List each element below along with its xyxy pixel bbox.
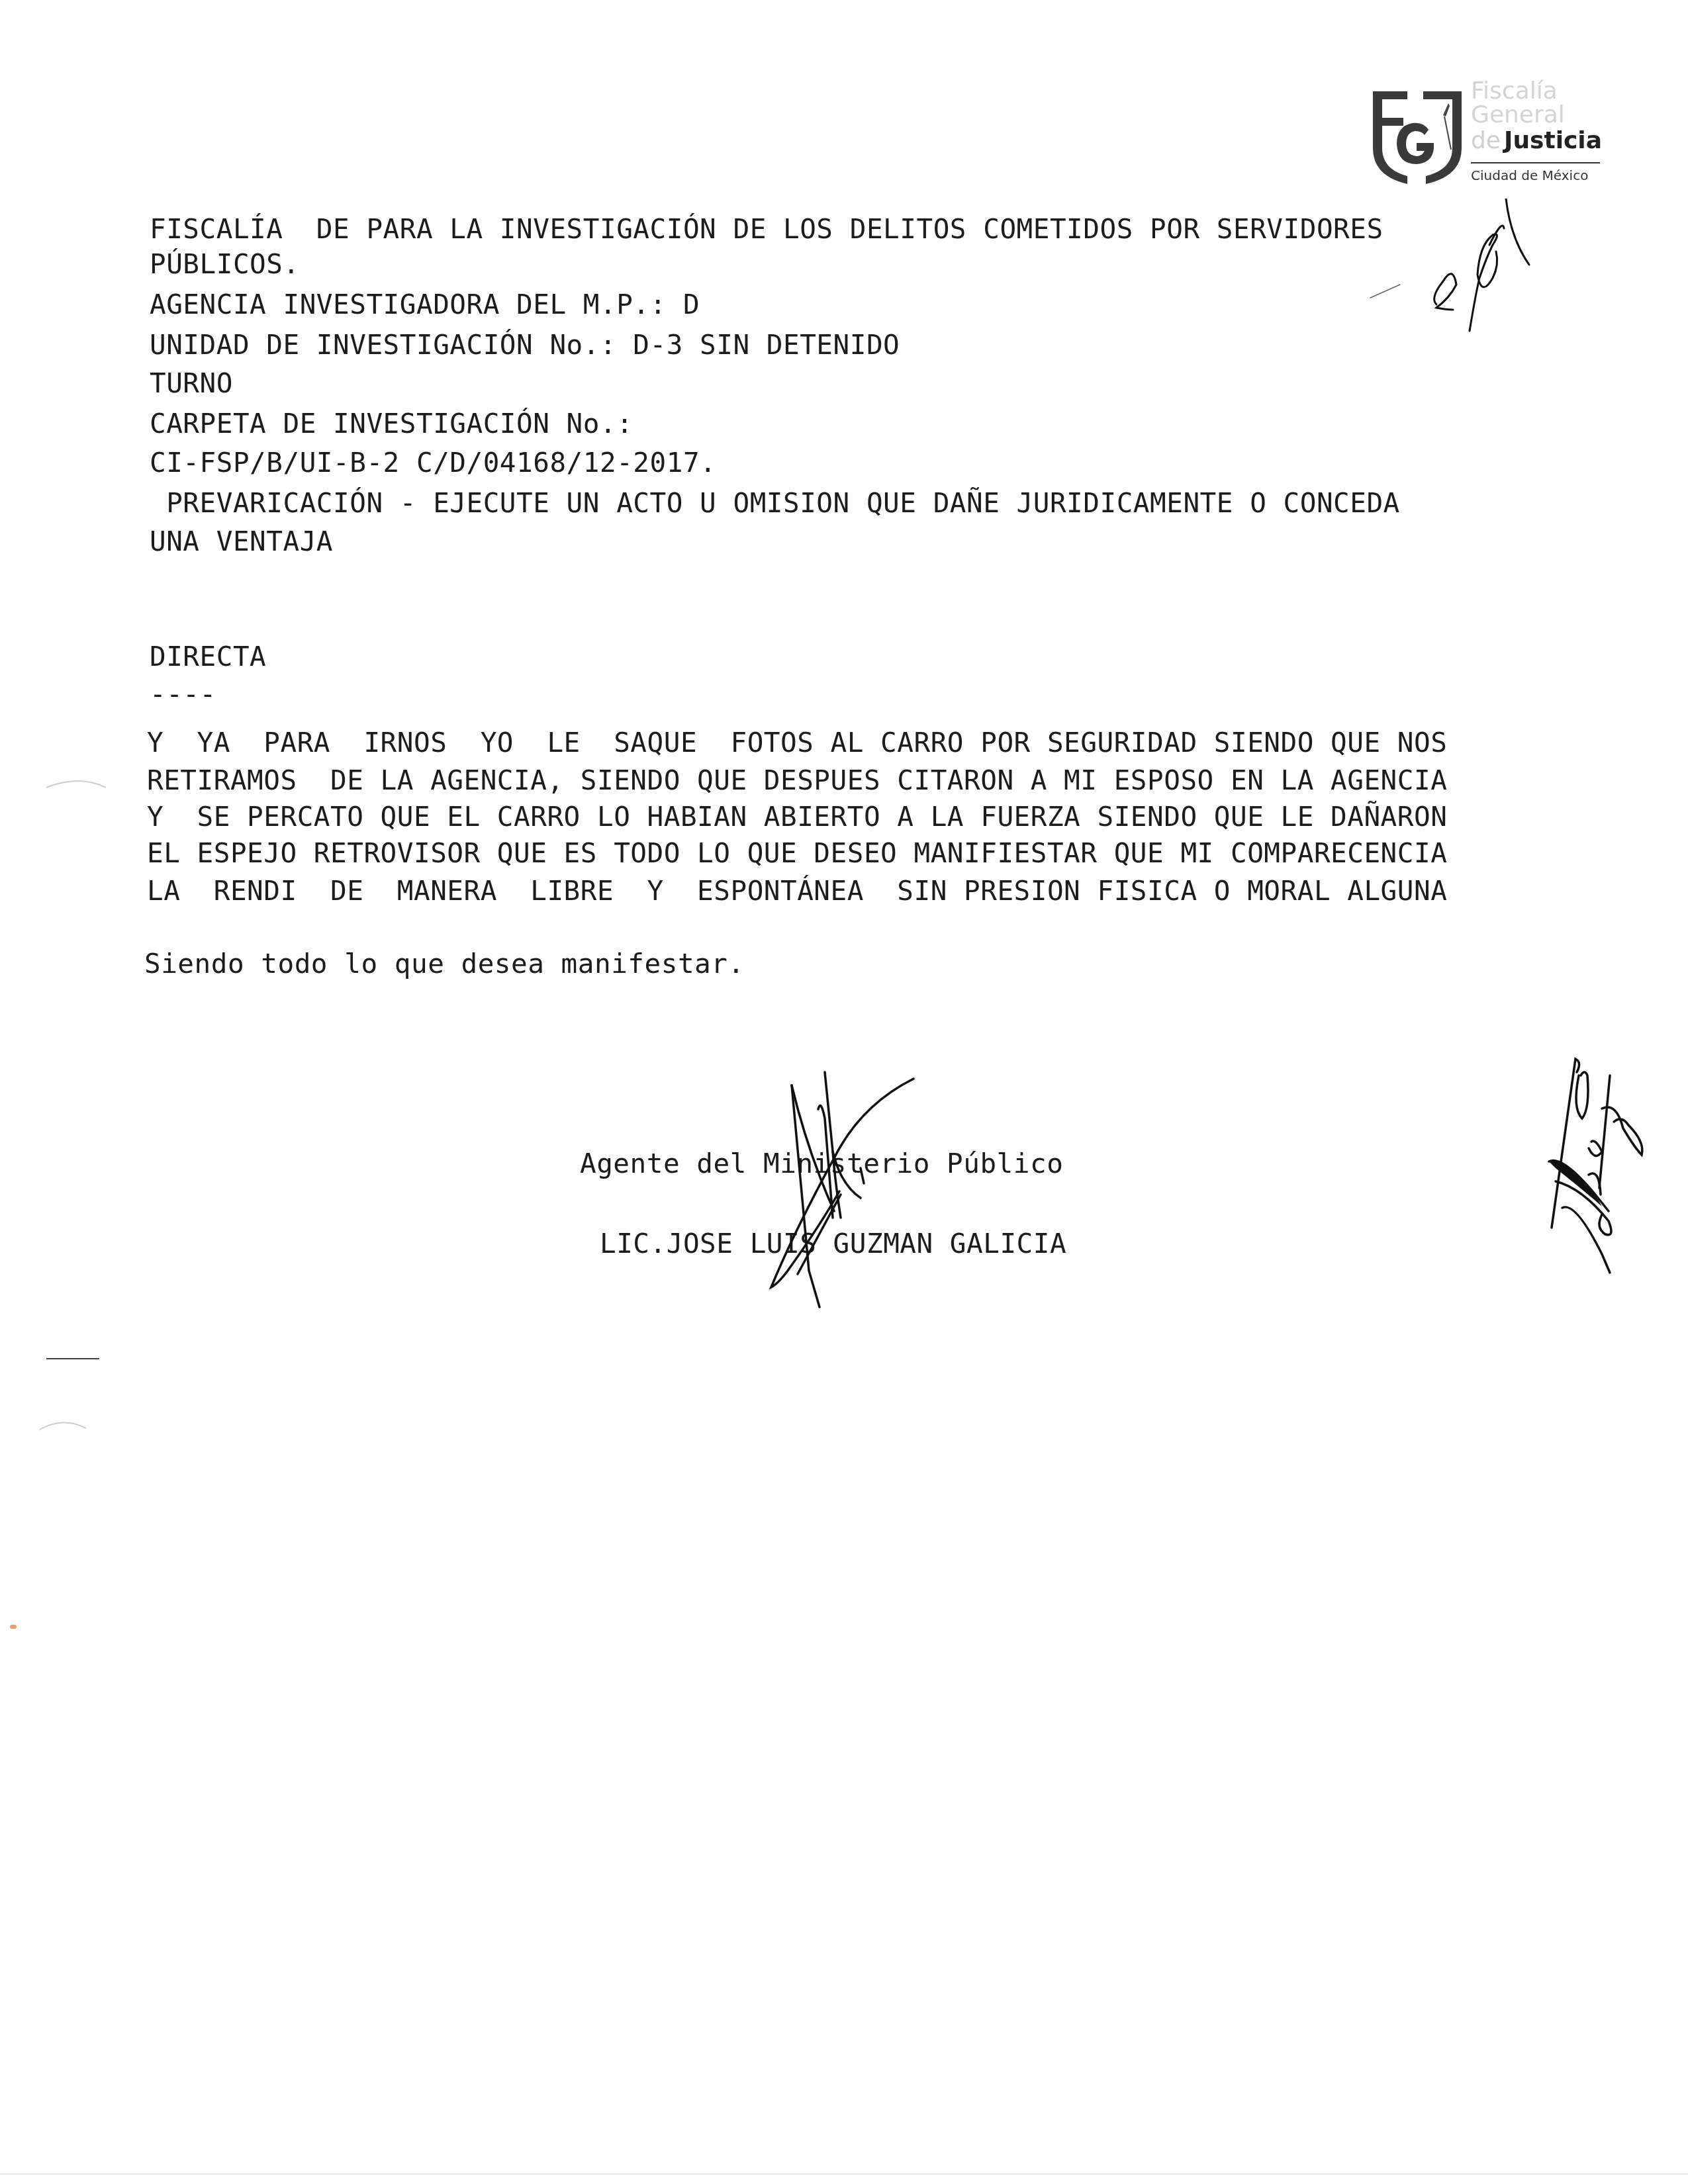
header-line: UNIDAD DE INVESTIGACIÓN No.: D-3 SIN DET…: [150, 329, 900, 361]
header-line: FISCALÍA DE PARA LA INVESTIGACIÓN DE LOS…: [150, 213, 1383, 245]
logo-divider: [1471, 162, 1600, 163]
closing-statement: Siendo todo lo que desea manifestar.: [144, 948, 745, 979]
section-separator: ----: [150, 678, 216, 710]
header-line: CARPETA DE INVESTIGACIÓN No.:: [150, 408, 633, 439]
fgj-logo: Fiscalía General de Justicia Ciudad de M…: [1364, 79, 1602, 185]
body-line: LA RENDI DE MANERA LIBRE Y ESPONTÁNEA SI…: [147, 875, 1447, 907]
body-line: RETIRAMOS DE LA AGENCIA, SIENDO QUE DESP…: [147, 764, 1447, 796]
agent-signature: [662, 1052, 993, 1317]
scan-artifact-arc: [40, 768, 119, 794]
section-title: DIRECTA: [150, 641, 266, 672]
scan-artifact-line: [46, 1358, 99, 1359]
logo-line-fiscalia: Fiscalía: [1471, 79, 1558, 103]
crime-description-cont: UNA VENTAJA: [150, 525, 333, 557]
margin-signature: [1536, 1056, 1648, 1281]
header-line: TURNO: [150, 367, 233, 399]
handwritten-page-number: 20: [1337, 199, 1602, 344]
crime-description: PREVARICACIÓN - EJECUTE UN ACTO U OMISIO…: [150, 487, 1400, 519]
logo-line-justicia: Justicia: [1504, 127, 1602, 154]
header-line: PÚBLICOS.: [150, 248, 300, 280]
fgj-emblem-icon: [1364, 79, 1470, 185]
body-line: EL ESPEJO RETROVISOR QUE ES TODO LO QUE …: [147, 837, 1447, 869]
page-number-text: 20: [1337, 199, 1338, 199]
document-page: Fiscalía General de Justicia Ciudad de M…: [0, 0, 1688, 2184]
header-line: AGENCIA INVESTIGADORA DEL M.P.: D: [150, 289, 700, 320]
logo-subtitle: Ciudad de México: [1471, 167, 1588, 183]
body-line: Y YA PARA IRNOS YO LE SAQUE FOTOS AL CAR…: [147, 727, 1447, 758]
logo-line-de: de: [1471, 127, 1501, 154]
scan-artifact-arc: [33, 1410, 99, 1436]
body-line: Y SE PERCATO QUE EL CARRO LO HABIAN ABIE…: [147, 801, 1447, 833]
case-number: CI-FSP/B/UI-B-2 C/D/04168/12-2017.: [150, 447, 716, 478]
logo-line-general: General: [1471, 103, 1565, 127]
scan-edge: [0, 2173, 1688, 2175]
scan-artifact-dot: [10, 1625, 17, 1629]
